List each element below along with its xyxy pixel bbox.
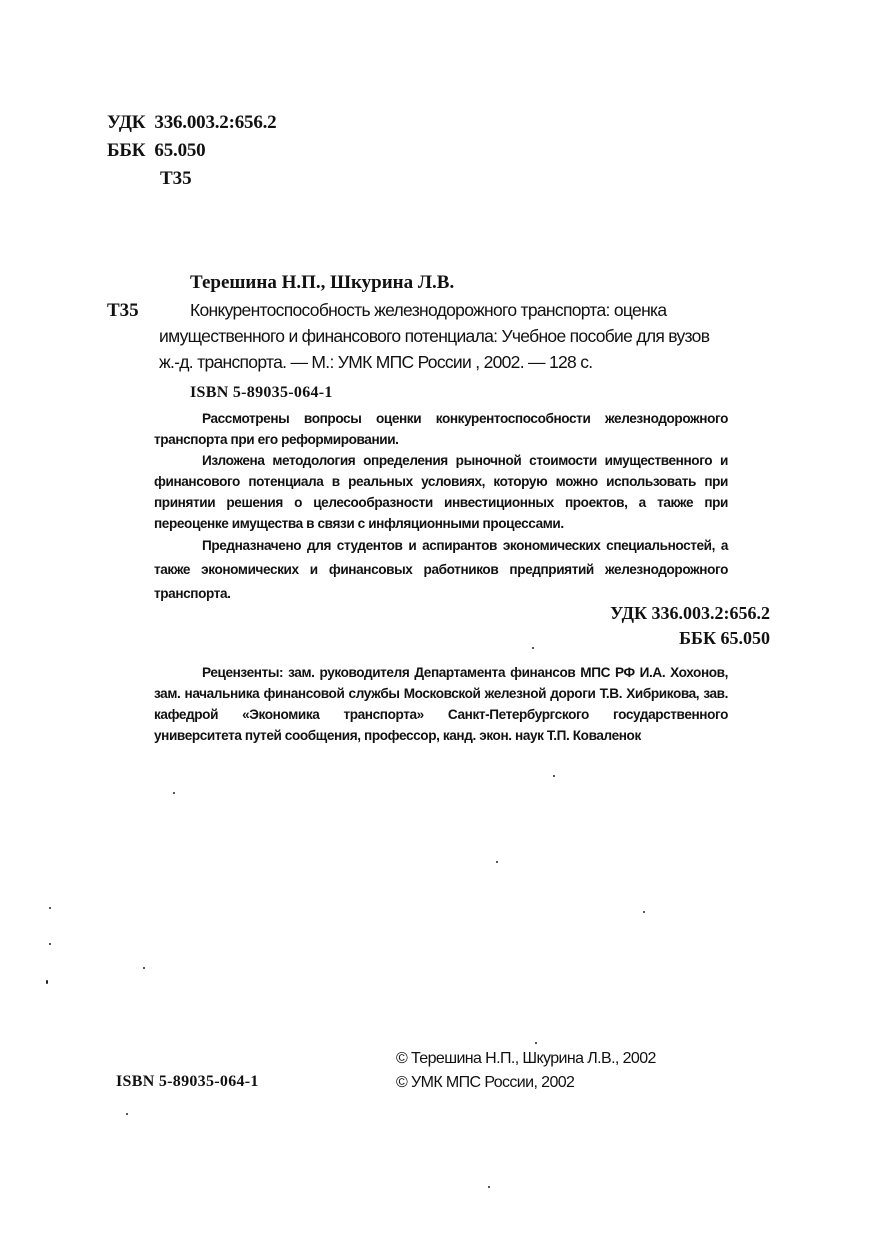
scan-speck xyxy=(496,861,498,863)
scan-speck xyxy=(126,1113,128,1115)
bbk-code-header: ББК 65.050 xyxy=(107,140,205,162)
bib-line-1: Конкурентоспособность железнодорожного т… xyxy=(190,297,666,323)
bbk-code: ББК 65.050 xyxy=(679,628,770,649)
reviewers-text: Рецензенты: зам. руководителя Департамен… xyxy=(154,662,728,746)
bib-line-2: имущественного и финансового потенциала:… xyxy=(159,323,709,349)
udk-code: УДК 336.003.2:656.2 xyxy=(610,603,770,624)
reviewers: Рецензенты: зам. руководителя Департамен… xyxy=(154,662,728,746)
scan-speck xyxy=(488,1186,490,1188)
bbk-value: 65.050 xyxy=(154,140,205,161)
scan-speck xyxy=(535,1042,537,1044)
abstract-paragraph: Изложена методология определения рыночно… xyxy=(154,450,728,534)
scan-speck xyxy=(143,967,145,969)
abstract-paragraph: Предназначено для студентов и аспирантов… xyxy=(154,534,728,606)
copyright-authors: © Терешина Н.П., Шкурина Л.В., 2002 xyxy=(396,1048,656,1069)
bbk-label: ББК xyxy=(107,140,145,161)
scan-speck xyxy=(532,647,534,649)
udk-value: 336.003.2:656.2 xyxy=(154,112,276,133)
author-mark: Т35 xyxy=(107,300,139,322)
scan-speck xyxy=(173,792,175,794)
abstract-paragraph: Рассмотрены вопросы оценки конкурентоспо… xyxy=(154,408,728,450)
scan-speck xyxy=(553,775,555,777)
scan-speck xyxy=(643,911,645,913)
bib-line-3: ж.-д. транспорта. — М.: УМК МПС России ,… xyxy=(159,349,592,375)
author-mark-header: Т35 xyxy=(160,168,192,190)
udk-code-header: УДК 336.003.2:656.2 xyxy=(107,112,276,134)
isbn-footer: ISBN 5-89035-064-1 xyxy=(116,1073,259,1091)
scan-speck xyxy=(49,907,51,909)
copyright-publisher: © УМК МПС России, 2002 xyxy=(396,1072,574,1093)
scan-speck xyxy=(49,943,51,945)
scan-speck xyxy=(46,980,48,984)
authors: Терешина Н.П., Шкурина Л.В. xyxy=(190,272,454,294)
isbn-record: ISBN 5-89035-064-1 xyxy=(190,384,333,402)
udk-label: УДК xyxy=(107,112,145,133)
abstract: Рассмотрены вопросы оценки конкурентоспо… xyxy=(154,408,728,606)
